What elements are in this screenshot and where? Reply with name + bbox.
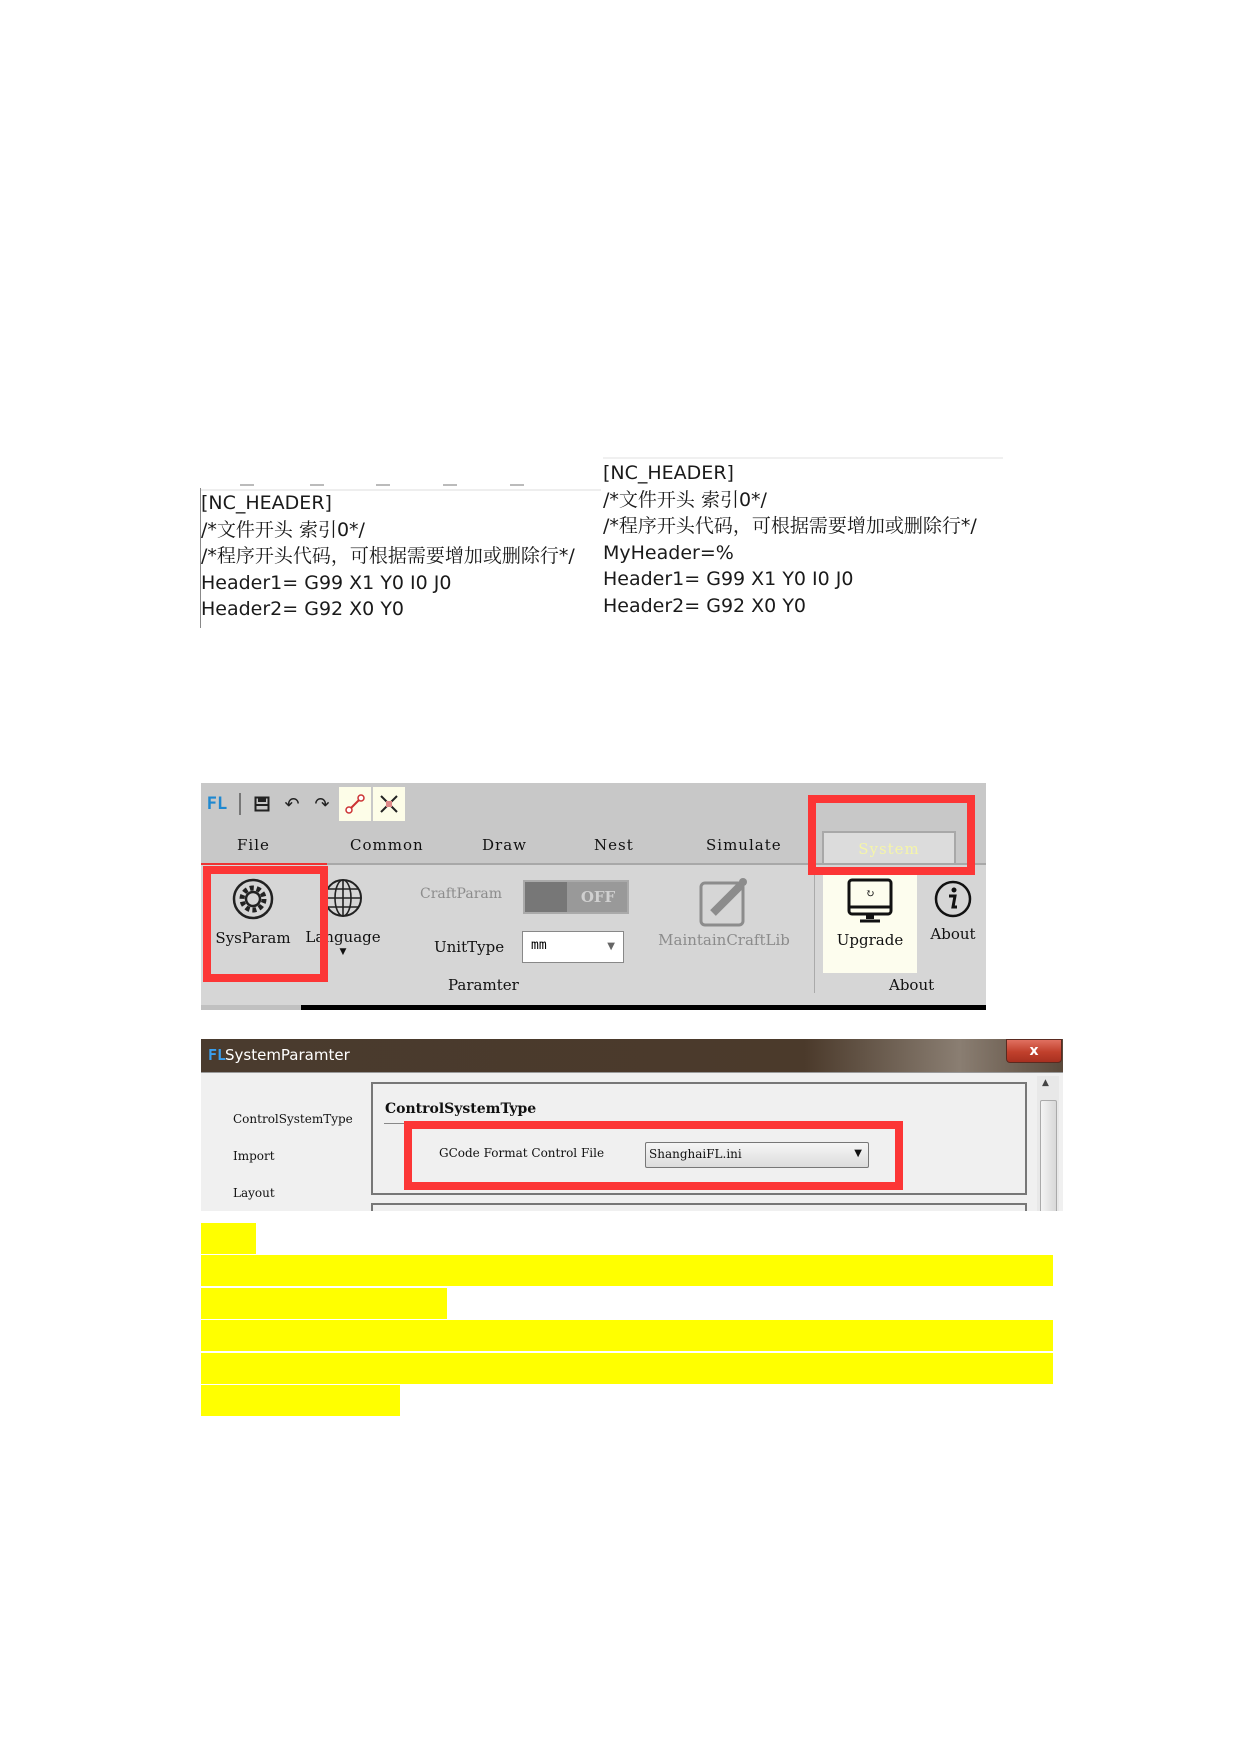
highlight-bar [201, 1385, 400, 1416]
highlight-bar [201, 1353, 1053, 1384]
code-line: /*程序开头代码，可根据需要增加或删除行*/ [603, 513, 977, 540]
section-title: ControlSystemType [385, 1101, 536, 1117]
craftparam-label: CraftParam [420, 886, 502, 902]
edit-pencil-icon [697, 875, 751, 929]
nav-controlsystemtype[interactable]: ControlSystemType [233, 1112, 353, 1126]
highlight-bar [201, 1288, 447, 1319]
close-button[interactable]: x [1006, 1039, 1062, 1063]
highlight-box-sysparam [203, 866, 328, 982]
highlight-bar [201, 1320, 1053, 1351]
save-icon[interactable] [247, 789, 277, 819]
code-line: /*文件开头 索引0*/ [201, 517, 575, 544]
upgrade-button[interactable]: ↻ Upgrade [823, 877, 917, 949]
craftparam-toggle[interactable]: OFF [523, 880, 629, 914]
dialog-titlebar: FL SystemParamter x [201, 1039, 1063, 1072]
toggle-state: OFF [569, 882, 627, 912]
scroll-thumb[interactable] [1040, 1100, 1057, 1211]
dialog-divider [201, 1072, 1063, 1073]
about-group-label: About [889, 976, 934, 994]
nav-layout[interactable]: Layout [233, 1186, 275, 1200]
code-line: /*程序开头代码，可根据需要增加或删除行*/ [201, 543, 575, 570]
globe-icon [322, 877, 364, 919]
unittype-label: UnitType [434, 938, 504, 956]
nav-import[interactable]: Import [233, 1149, 275, 1163]
dialog-title: SystemParamter [225, 1046, 350, 1064]
code-block-right: [NC_HEADER] /*文件开头 索引0*/ /*程序开头代码，可根据需要增… [603, 460, 977, 619]
highlight-box-gcode [404, 1121, 903, 1190]
code-line: Header1= G99 X1 Y0 I0 J0 [201, 570, 575, 597]
stray-mark [443, 484, 457, 486]
code-block-right-topline [603, 457, 1003, 459]
stray-mark [310, 484, 324, 486]
upgrade-label: Upgrade [823, 931, 917, 949]
about-label: About [923, 925, 983, 943]
stray-mark [240, 484, 254, 486]
maintaincraftlib-label: MaintainCraftLib [639, 931, 809, 949]
highlight-bar [201, 1223, 256, 1254]
code-line: MyHeader=% [603, 540, 977, 567]
ribbon-bottom-scroll [201, 1005, 301, 1010]
svg-text:↻: ↻ [865, 887, 874, 900]
tab-nest[interactable]: Nest [594, 827, 634, 863]
chevron-down-icon: ▼ [607, 941, 615, 952]
code-line: Header2= G92 X0 Y0 [603, 593, 977, 620]
maintaincraftlib-button[interactable]: MaintainCraftLib [639, 875, 809, 949]
highlight-box-system-tab [808, 795, 975, 875]
tab-common[interactable]: Common [350, 827, 424, 863]
scroll-up-icon[interactable]: ▲ [1042, 1078, 1049, 1088]
about-button[interactable]: About [923, 879, 983, 943]
redo-icon[interactable]: ↷ [307, 789, 337, 819]
group-separator [814, 873, 815, 993]
quick-access-bar: FL ↶ ↷ [201, 787, 405, 821]
tab-file[interactable]: File [237, 827, 270, 863]
code-block-left: [NC_HEADER] /*文件开头 索引0*/ /*程序开头代码，可根据需要增… [201, 490, 575, 623]
stray-mark [510, 484, 524, 486]
separator [239, 793, 241, 815]
monitor-refresh-icon: ↻ [845, 877, 895, 927]
code-line: Header1= G99 X1 Y0 I0 J0 [603, 566, 977, 593]
unittype-select[interactable]: mm ▼ [522, 931, 624, 963]
cross-snap-icon[interactable] [373, 787, 405, 821]
unittype-value: mm [531, 938, 547, 953]
undo-icon[interactable]: ↶ [277, 789, 307, 819]
tab-draw[interactable]: Draw [482, 827, 527, 863]
parameter-group-label: Paramter [448, 976, 519, 994]
settings-panel-next [371, 1203, 1027, 1211]
ribbon-bottom-bar [201, 1005, 986, 1010]
code-line: [NC_HEADER] [201, 490, 575, 517]
info-icon [933, 879, 973, 919]
vertical-scrollbar[interactable]: ▲ [1037, 1076, 1059, 1211]
tab-simulate[interactable]: Simulate [706, 827, 782, 863]
code-line: Header2= G92 X0 Y0 [201, 596, 575, 623]
tab-accent-line [201, 863, 327, 865]
highlight-bar [201, 1255, 1053, 1286]
code-line: [NC_HEADER] [603, 460, 977, 487]
node-link-icon[interactable] [339, 787, 371, 821]
stray-mark [376, 484, 390, 486]
code-line: /*文件开头 索引0*/ [603, 487, 977, 514]
toggle-knob [525, 882, 567, 912]
app-logo: FL [201, 794, 233, 814]
